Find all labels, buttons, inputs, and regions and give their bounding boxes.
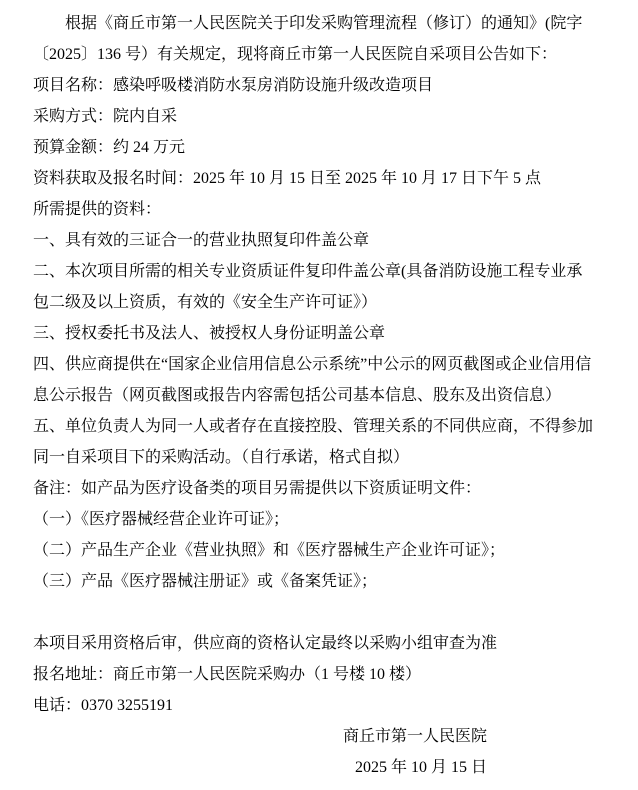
field-budget-label: 预算金额： <box>33 139 113 156</box>
field-registration-address-label: 报名地址： <box>33 666 113 683</box>
field-project-name-value: 感染呼吸楼消防水泵房消防设施升级改造项目 <box>113 77 433 94</box>
field-procurement-method-value: 院内自采 <box>113 108 177 125</box>
field-registration-time-label: 资料获取及报名时间： <box>33 170 193 187</box>
signature-org: 商丘市第一人民医院 <box>33 721 487 752</box>
document-page: 根据《商丘市第一人民医院关于印发采购管理流程（修订）的通知》(院字〔2025〕1… <box>0 0 638 790</box>
note-heading: 备注：如产品为医疗设备类的项目另需提供以下资质证明文件： <box>33 473 593 504</box>
note-item: （一）《医疗器械经营企业许可证》； <box>33 504 593 535</box>
field-project-name: 项目名称：感染呼吸楼消防水泵房消防设施升级改造项目 <box>33 70 593 101</box>
materials-heading: 所需提供的资料： <box>33 194 593 225</box>
requirement-item: 二、本次项目所需的相关专业资质证件复印件盖公章(具备消防设施工程专业承包二级及以… <box>33 256 593 318</box>
field-registration-address: 报名地址：商丘市第一人民医院采购办（1 号楼 10 楼） <box>33 659 593 690</box>
field-project-name-label: 项目名称： <box>33 77 113 94</box>
field-registration-time-value: 2025 年 10 月 15 日至 2025 年 10 月 17 日下午 5 点 <box>193 170 541 187</box>
field-phone-label: 电话： <box>33 697 81 714</box>
blank-line-spacer <box>33 597 593 628</box>
field-phone: 电话：0370 3255191 <box>33 690 593 721</box>
qualification-review-note: 本项目采用资格后审，供应商的资格认定最终以采购小组审查为准 <box>33 628 593 659</box>
requirement-item: 五、单位负责人为同一人或者存在直接控股、管理关系的不同供应商，不得参加同一自采项… <box>33 411 593 473</box>
requirement-item: 三、授权委托书及法人、被授权人身份证明盖公章 <box>33 318 593 349</box>
field-phone-value: 0370 3255191 <box>81 697 173 714</box>
field-budget-value: 约 24 万元 <box>113 139 185 156</box>
intro-paragraph: 根据《商丘市第一人民医院关于印发采购管理流程（修订）的通知》(院字〔2025〕1… <box>33 8 593 70</box>
signature-block: 商丘市第一人民医院 2025 年 10 月 15 日 <box>33 721 593 783</box>
requirement-item: 一、具有效的三证合一的营业执照复印件盖公章 <box>33 225 593 256</box>
field-procurement-method-label: 采购方式： <box>33 108 113 125</box>
note-item: （二）产品生产企业《营业执照》和《医疗器械生产企业许可证》； <box>33 535 593 566</box>
field-registration-time: 资料获取及报名时间：2025 年 10 月 15 日至 2025 年 10 月 … <box>33 163 593 194</box>
note-item: （三）产品《医疗器械注册证》或《备案凭证》； <box>33 566 593 597</box>
requirement-item: 四、供应商提供在“国家企业信用信息公示系统”中公示的网页截图或企业信用信息公示报… <box>33 349 593 411</box>
field-registration-address-value: 商丘市第一人民医院采购办（1 号楼 10 楼） <box>113 666 421 683</box>
signature-date: 2025 年 10 月 15 日 <box>33 752 487 783</box>
field-procurement-method: 采购方式：院内自采 <box>33 101 593 132</box>
field-budget: 预算金额：约 24 万元 <box>33 132 593 163</box>
